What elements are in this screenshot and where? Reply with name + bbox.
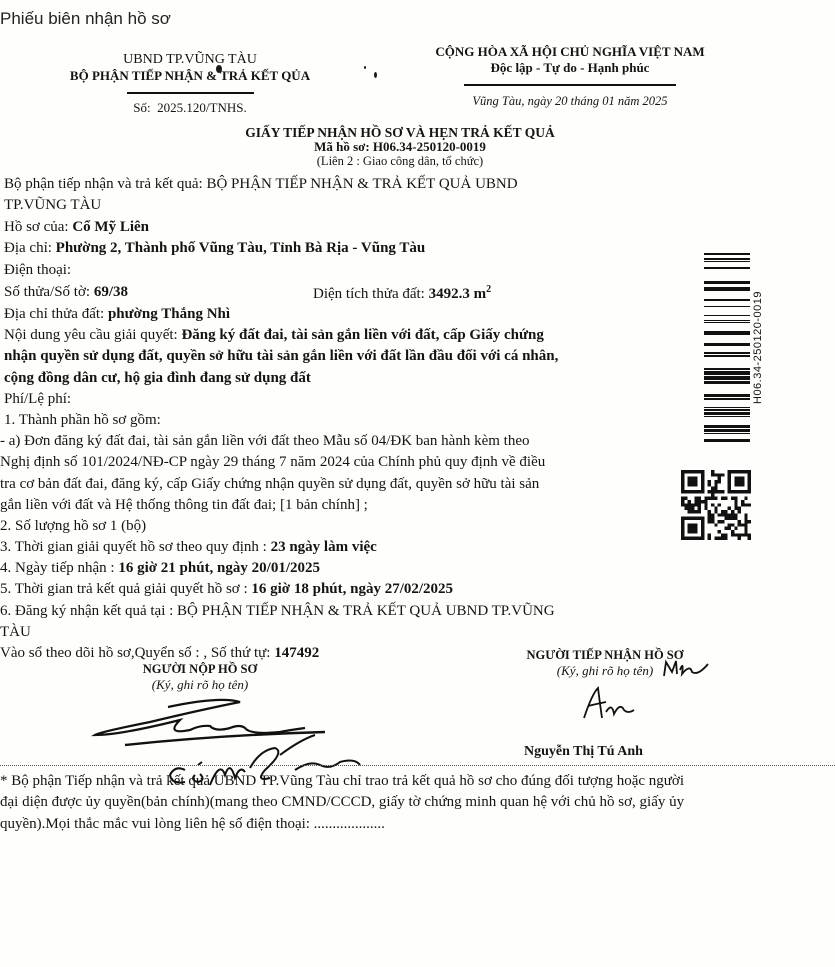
parcel-value: 69/38 <box>94 284 128 300</box>
land-address-line: Địa chỉ thửa đất: phường Thắng Nhì <box>4 305 230 323</box>
address-value: Phường 2, Thành phố Vũng Tàu, Tỉnh Bà Rị… <box>56 240 426 256</box>
file-code-value: H06.34-250120-0019 <box>373 139 486 154</box>
receiver-name: Nguyễn Thị Tú Anh <box>524 744 643 760</box>
copy-note: (Liên 2 : Giao công dân, tổ chức) <box>210 154 590 168</box>
ink-dot <box>374 72 377 78</box>
received-date-label: 4. Ngày tiếp nhận : <box>0 560 115 576</box>
item-1a-line-2: Nghị định số 101/2024/NĐ-CP ngày 29 thán… <box>0 453 545 471</box>
file-code: Mã hồ sơ: H06.34-250120-0019 <box>210 140 590 154</box>
phone-line: Điện thoại: <box>4 261 71 279</box>
receiver-signature-icon <box>578 684 638 724</box>
area-value: 3492.3 m <box>429 286 487 302</box>
dotted-divider <box>0 765 835 766</box>
return-date-value: 16 giờ 18 phút, ngày 27/02/2025 <box>251 581 453 597</box>
document-number-value: 2025.120/TNHS. <box>157 100 247 115</box>
receiving-unit-line-2: TP.VŨNG TÀU <box>4 196 101 214</box>
agency-name: UBND TP.VŨNG TÀU <box>40 52 340 68</box>
item-1a-line-1: - a) Đơn đăng ký đất đai, tài sản gắn li… <box>0 432 530 450</box>
qr-code-image <box>680 470 752 540</box>
processing-time-label: 3. Thời gian giải quyết hồ sơ theo quy đ… <box>0 539 267 555</box>
item-4: 4. Ngày tiếp nhận : 16 giờ 21 phút, ngày… <box>0 559 320 577</box>
ink-smudge <box>216 65 222 73</box>
receiving-unit-value: BỘ PHẬN TIẾP NHẬN & TRẢ KẾT QUẢ UBND <box>206 176 517 192</box>
receiving-unit-line: Bộ phận tiếp nhận và trả kết quả: BỘ PHẬ… <box>4 175 518 193</box>
national-header: CỘNG HÒA XÃ HỘI CHỦ NGHĨA VIỆT NAM Độc l… <box>420 44 720 109</box>
item-1a-line-3: tra cơ bản đất đai, đăng ký, cấp Giấy ch… <box>0 475 539 493</box>
item-1a-line-4: gắn liền với đất và Hệ thống thông tin đ… <box>0 496 368 514</box>
address-line: Địa chỉ: Phường 2, Thành phố Vũng Tàu, T… <box>4 239 425 257</box>
request-label: Nội dung yêu cầu giải quyết: <box>4 327 178 343</box>
request-line-2: nhận quyền sử dụng đất, quyền sở hữu tài… <box>4 347 558 365</box>
ledger-line: Vào sổ theo dõi hồ sơ,Quyển số : , Số th… <box>0 644 319 662</box>
address-label: Địa chỉ: <box>4 240 52 256</box>
phone-label: Điện thoại: <box>4 262 71 278</box>
submitter-title: NGƯỜI NỘP HỒ SƠ <box>100 662 300 677</box>
area-unit-exponent: 2 <box>486 284 491 295</box>
barcode-text: H06.34-250120-0019 <box>752 253 768 443</box>
header-rule <box>127 92 254 94</box>
area-label: Diện tích thửa đất: <box>313 286 425 302</box>
request-line-1: Nội dung yêu cầu giải quyết: Đăng ký đất… <box>4 326 544 344</box>
applicant-name: Cổ Mỹ Liên <box>72 219 149 235</box>
processing-time-value: 23 ngày làm việc <box>271 539 377 555</box>
note-line-3: quyền).Mọi thắc mắc vui lòng liên hệ số … <box>0 813 385 835</box>
ledger-label: Vào sổ theo dõi hồ sơ,Quyển số : , Số th… <box>0 645 270 661</box>
barcode-image <box>704 253 750 443</box>
document-number-label: Số: <box>133 100 150 115</box>
item-2: 2. Số lượng hồ sơ 1 (bộ) <box>0 517 146 535</box>
note-line-2: đại diện được ủy quyền(bản chính)(mang t… <box>0 791 684 813</box>
received-date-value: 16 giờ 21 phút, ngày 20/01/2025 <box>118 560 320 576</box>
submitter-signature-block: NGƯỜI NỘP HỒ SƠ (Ký, ghi rõ họ tên) <box>100 662 300 693</box>
ink-dot <box>364 66 366 69</box>
file-code-label: Mã hồ sơ: <box>314 139 370 154</box>
item-6-line-1: 6. Đăng ký nhận kết quả tại : BỘ PHẬN TI… <box>0 602 555 620</box>
applicant-label: Hồ sơ của: <box>4 219 69 235</box>
document-title-block: GIẤY TIẾP NHẬN HỒ SƠ VÀ HẸN TRẢ KẾT QUẢ … <box>210 125 590 168</box>
land-address-label: Địa chỉ thửa đất: <box>4 306 104 322</box>
receiver-initials-icon <box>660 656 720 680</box>
request-line-3: cộng đồng dân cư, hộ gia đình đang sử dụ… <box>4 369 311 387</box>
issuing-agency-header: UBND TP.VŨNG TÀU BỘ PHẬN TIẾP NHẬN & TRẢ… <box>40 52 340 116</box>
document-title: GIẤY TIẾP NHẬN HỒ SƠ VÀ HẸN TRẢ KẾT QUẢ <box>210 125 590 140</box>
receiving-unit-label: Bộ phận tiếp nhận và trả kết quả: <box>4 176 203 192</box>
parcel-label: Số thửa/Số tờ: <box>4 284 90 300</box>
land-address-value: phường Thắng Nhì <box>108 306 230 322</box>
parcel-line: Số thửa/Số tờ: 69/38 <box>4 283 128 301</box>
header-rule <box>464 84 676 86</box>
item-1-heading: 1. Thành phần hồ sơ gồm: <box>4 411 161 429</box>
item-5: 5. Thời gian trả kết quả giải quyết hồ s… <box>0 580 453 598</box>
fee-line: Phí/Lệ phí: <box>4 390 71 408</box>
item-6-line-2: TÀU <box>0 623 31 641</box>
place-date: Vũng Tàu, ngày 20 tháng 01 năm 2025 <box>420 94 720 109</box>
note-line-1: * Bộ phận Tiếp nhận và trả kết quả UBND … <box>0 770 684 792</box>
national-motto: Độc lập - Tự do - Hạnh phúc <box>420 60 720 76</box>
document-caption: Phiếu biên nhận hồ sơ <box>0 9 171 29</box>
document-number: Số: 2025.120/TNHS. <box>40 100 340 116</box>
area-line: Diện tích thửa đất: 3492.3 m2 <box>313 281 491 303</box>
ledger-number: 147492 <box>274 645 319 661</box>
department-name: BỘ PHẬN TIẾP NHẬN & TRẢ KẾT QỦA <box>40 68 340 84</box>
return-date-label: 5. Thời gian trả kết quả giải quyết hồ s… <box>0 581 248 597</box>
request-value: Đăng ký đất đai, tài sản gắn liền với đấ… <box>181 327 543 343</box>
applicant-line: Hồ sơ của: Cổ Mỹ Liên <box>4 218 149 236</box>
country-name: CỘNG HÒA XÃ HỘI CHỦ NGHĨA VIỆT NAM <box>420 44 720 60</box>
item-3: 3. Thời gian giải quyết hồ sơ theo quy đ… <box>0 538 377 556</box>
